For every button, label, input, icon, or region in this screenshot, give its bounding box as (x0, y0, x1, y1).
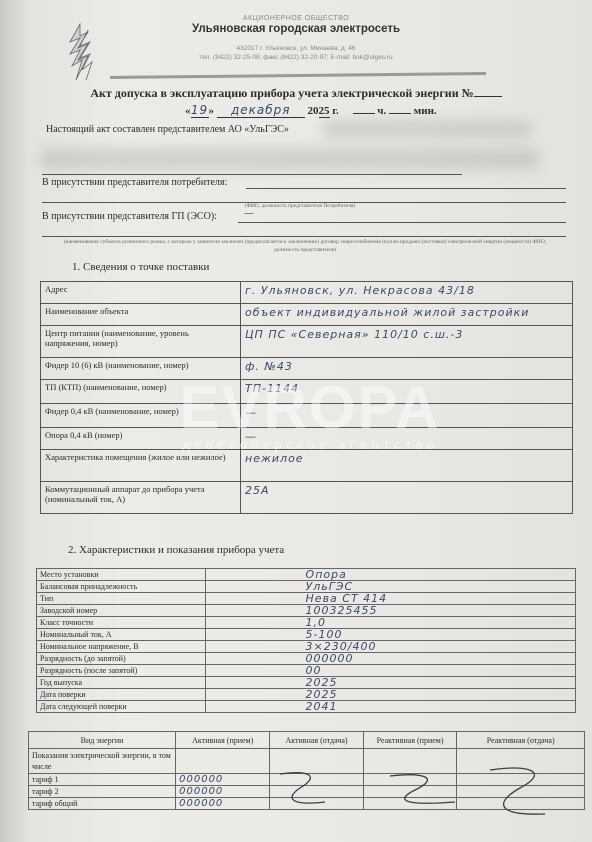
meter-row: Разрядность (до запятой)000000 (37, 653, 576, 665)
readings-header: Реактивная (прием) (363, 732, 457, 749)
gp-field[interactable] (238, 222, 566, 223)
meter-label: Заводской номер (37, 605, 206, 617)
supply-point-label: Коммутационный аппарат до прибора учета … (41, 482, 241, 514)
active-in-value[interactable]: 000000 (176, 798, 270, 810)
act-date: «19» декабря 2025 г. ч. мин. (185, 103, 437, 118)
supply-point-value[interactable]: — (241, 428, 573, 450)
meter-value[interactable]: 2025 (205, 689, 575, 701)
consumer-field[interactable] (246, 188, 566, 189)
org-contacts: тел. (8422) 32-25-08; факс (8422) 32-20-… (0, 54, 592, 61)
meter-row: Дата следующей поверки2041 (37, 701, 576, 713)
org-kind: АКЦИОНЕРНОЕ ОБЩЕСТВО (0, 15, 592, 22)
redacted-representative-line2 (40, 148, 540, 170)
supply-point-label: Наименование объекта (41, 304, 241, 326)
representative-line (42, 174, 462, 175)
supply-point-label: Опора 0,4 кВ (номер) (41, 428, 241, 450)
meter-label: Разрядность (до запятой) (37, 653, 206, 665)
supply-point-row: ТП (КТП) (наименование, номер)ТП-1144 (41, 380, 573, 404)
meter-value[interactable]: УльГЭС (205, 581, 575, 593)
header-divider (110, 72, 486, 79)
minutes-field[interactable] (389, 113, 411, 114)
meter-label: Дата следующей поверки (37, 701, 206, 713)
gp-field-line2[interactable] (42, 236, 566, 237)
meter-row: Год выпуска2025 (37, 677, 576, 689)
document-page: АКЦИОНЕРНОЕ ОБЩЕСТВО Ульяновская городск… (0, 0, 592, 842)
supply-point-value[interactable]: ТП-1144 (241, 380, 573, 404)
readings-intro-label: Показания электрической энергии, в том ч… (29, 749, 176, 774)
date-month[interactable]: декабря (217, 103, 305, 118)
meter-label: Тип (37, 593, 206, 605)
supply-point-row: Коммутационный аппарат до прибора учета … (41, 482, 573, 514)
gp-value: — (244, 208, 255, 219)
tariff-label: тариф 1 (29, 774, 176, 786)
supply-point-row: Характеристика помещения (жилое или нежи… (41, 450, 573, 482)
meter-label: Номинальный ток, А (37, 629, 206, 641)
meter-value[interactable]: 2041 (205, 701, 575, 713)
tariff-label: тариф 2 (29, 786, 176, 798)
meter-row: Номинальное напряжение, В3×230/400 (37, 641, 576, 653)
supply-point-value[interactable]: ЦП ПС «Северная» 110/10 с.ш.-3 (241, 326, 573, 358)
supply-point-row: Центр питания (наименование, уровень нап… (41, 326, 573, 358)
date-year-prefix: 20 (308, 105, 319, 117)
meter-row: Место установкиОпора (37, 569, 576, 581)
meter-label: Год выпуска (37, 677, 206, 689)
date-year-suffix[interactable]: 25 (319, 105, 330, 118)
supply-point-value[interactable]: нежилое (241, 450, 573, 482)
hours-label: ч. (377, 105, 386, 117)
section2-title: 2. Характеристики и показания прибора уч… (68, 544, 284, 556)
meter-row: Номинальный ток, А5-100 (37, 629, 576, 641)
hours-field[interactable] (353, 113, 375, 114)
meter-value[interactable]: 2025 (205, 677, 575, 689)
supply-point-label: Адрес (41, 282, 241, 304)
meter-characteristics-table: Место установкиОпораБалансовая принадлеж… (36, 568, 576, 713)
meter-value[interactable]: 3×230/400 (205, 641, 575, 653)
meter-label: Место установки (37, 569, 206, 581)
supply-point-row: Наименование объектаобъект индивидуально… (41, 304, 573, 326)
meter-label: Разрядность (после запятой) (37, 665, 206, 677)
supply-point-row: Фидер 0,4 кВ (наименование, номер)— (41, 404, 573, 428)
meter-value[interactable]: 5-100 (205, 629, 575, 641)
strike-mark-icon (475, 762, 575, 822)
meter-row: Балансовая принадлежностьУльГЭС (37, 581, 576, 593)
readings-header: Реактивная (отдача) (457, 732, 585, 749)
compiled-by-label: Настоящий акт составлен представителем А… (46, 124, 289, 135)
meter-label: Номинальное напряжение, В (37, 641, 206, 653)
act-title-text: Акт допуска в эксплуатацию прибора учета… (90, 86, 473, 100)
supply-point-label: ТП (КТП) (наименование, номер) (41, 380, 241, 404)
meter-label: Дата поверки (37, 689, 206, 701)
reading-cell[interactable] (176, 749, 270, 774)
meter-value[interactable]: 100325455 (205, 605, 575, 617)
meter-value[interactable]: Нева СТ 414 (205, 593, 575, 605)
meter-row: Дата поверки2025 (37, 689, 576, 701)
act-number-field[interactable] (474, 96, 502, 97)
meter-label: Класс точности (37, 617, 206, 629)
redacted-representative (322, 120, 532, 138)
supply-point-row: Адресг. Ульяновск, ул. Некрасова 43/18 (41, 282, 573, 304)
meter-row: Разрядность (после запятой)00 (37, 665, 576, 677)
active-in-value[interactable]: 000000 (176, 786, 270, 798)
gp-label: В присутствии представителя ГП (ЭСО): (42, 211, 217, 222)
supply-point-label: Центр питания (наименование, уровень нап… (41, 326, 241, 358)
supply-point-row: Опора 0,4 кВ (номер)— (41, 428, 573, 450)
supply-point-value[interactable]: г. Ульяновск, ул. Некрасова 43/18 (241, 282, 573, 304)
supply-point-label: Фидер 10 (6) кВ (наименование, номер) (41, 358, 241, 380)
supply-point-row: Фидер 10 (6) кВ (наименование, номер)ф. … (41, 358, 573, 380)
supply-point-value[interactable]: 25А (241, 482, 573, 514)
meter-value[interactable]: 00 (205, 665, 575, 677)
minutes-label: мин. (414, 105, 437, 117)
consumer-caption: (ФИО, должность представителя Потребител… (200, 203, 400, 209)
meter-row: Класс точности1,0 (37, 617, 576, 629)
strike-mark-icon (380, 770, 470, 810)
meter-label: Балансовая принадлежность (37, 581, 206, 593)
supply-point-value[interactable]: — (241, 404, 573, 428)
gp-caption: (наименование субъекта розничного рынка,… (60, 238, 550, 254)
supply-point-table: Адресг. Ульяновск, ул. Некрасова 43/18На… (40, 281, 573, 514)
active-in-value[interactable]: 000000 (176, 774, 270, 786)
meter-row: ТипНева СТ 414 (37, 593, 576, 605)
meter-value[interactable]: 1,0 (205, 617, 575, 629)
date-day[interactable]: 19 (191, 103, 209, 118)
meter-value[interactable]: Опора (205, 569, 575, 581)
readings-header: Вид энергии (29, 732, 176, 749)
meter-value[interactable]: 000000 (205, 653, 575, 665)
consumer-label: В присутствии представителя потребителя: (42, 177, 227, 188)
meter-row: Заводской номер100325455 (37, 605, 576, 617)
tariff-label: тариф общий (29, 798, 176, 810)
readings-header: Активная (отдача) (270, 732, 363, 749)
supply-point-value[interactable]: ф. №43 (241, 358, 573, 380)
supply-point-label: Фидер 0,4 кВ (наименование, номер) (41, 404, 241, 428)
org-name: Ульяновская городская электросеть (0, 23, 592, 35)
supply-point-value[interactable]: объект индивидуальной жилой застройки (241, 304, 573, 326)
strike-mark-icon (270, 770, 350, 810)
readings-header: Активная (прием) (176, 732, 270, 749)
act-title: Акт допуска в эксплуатацию прибора учета… (0, 86, 592, 101)
supply-point-label: Характеристика помещения (жилое или нежи… (41, 450, 241, 482)
section1-title: 1. Сведения о точке поставки (72, 261, 209, 273)
org-address: 432017 г. Ульяновск, ул. Минаева, д. 46 (0, 45, 592, 52)
date-year-unit: г. (332, 105, 339, 117)
